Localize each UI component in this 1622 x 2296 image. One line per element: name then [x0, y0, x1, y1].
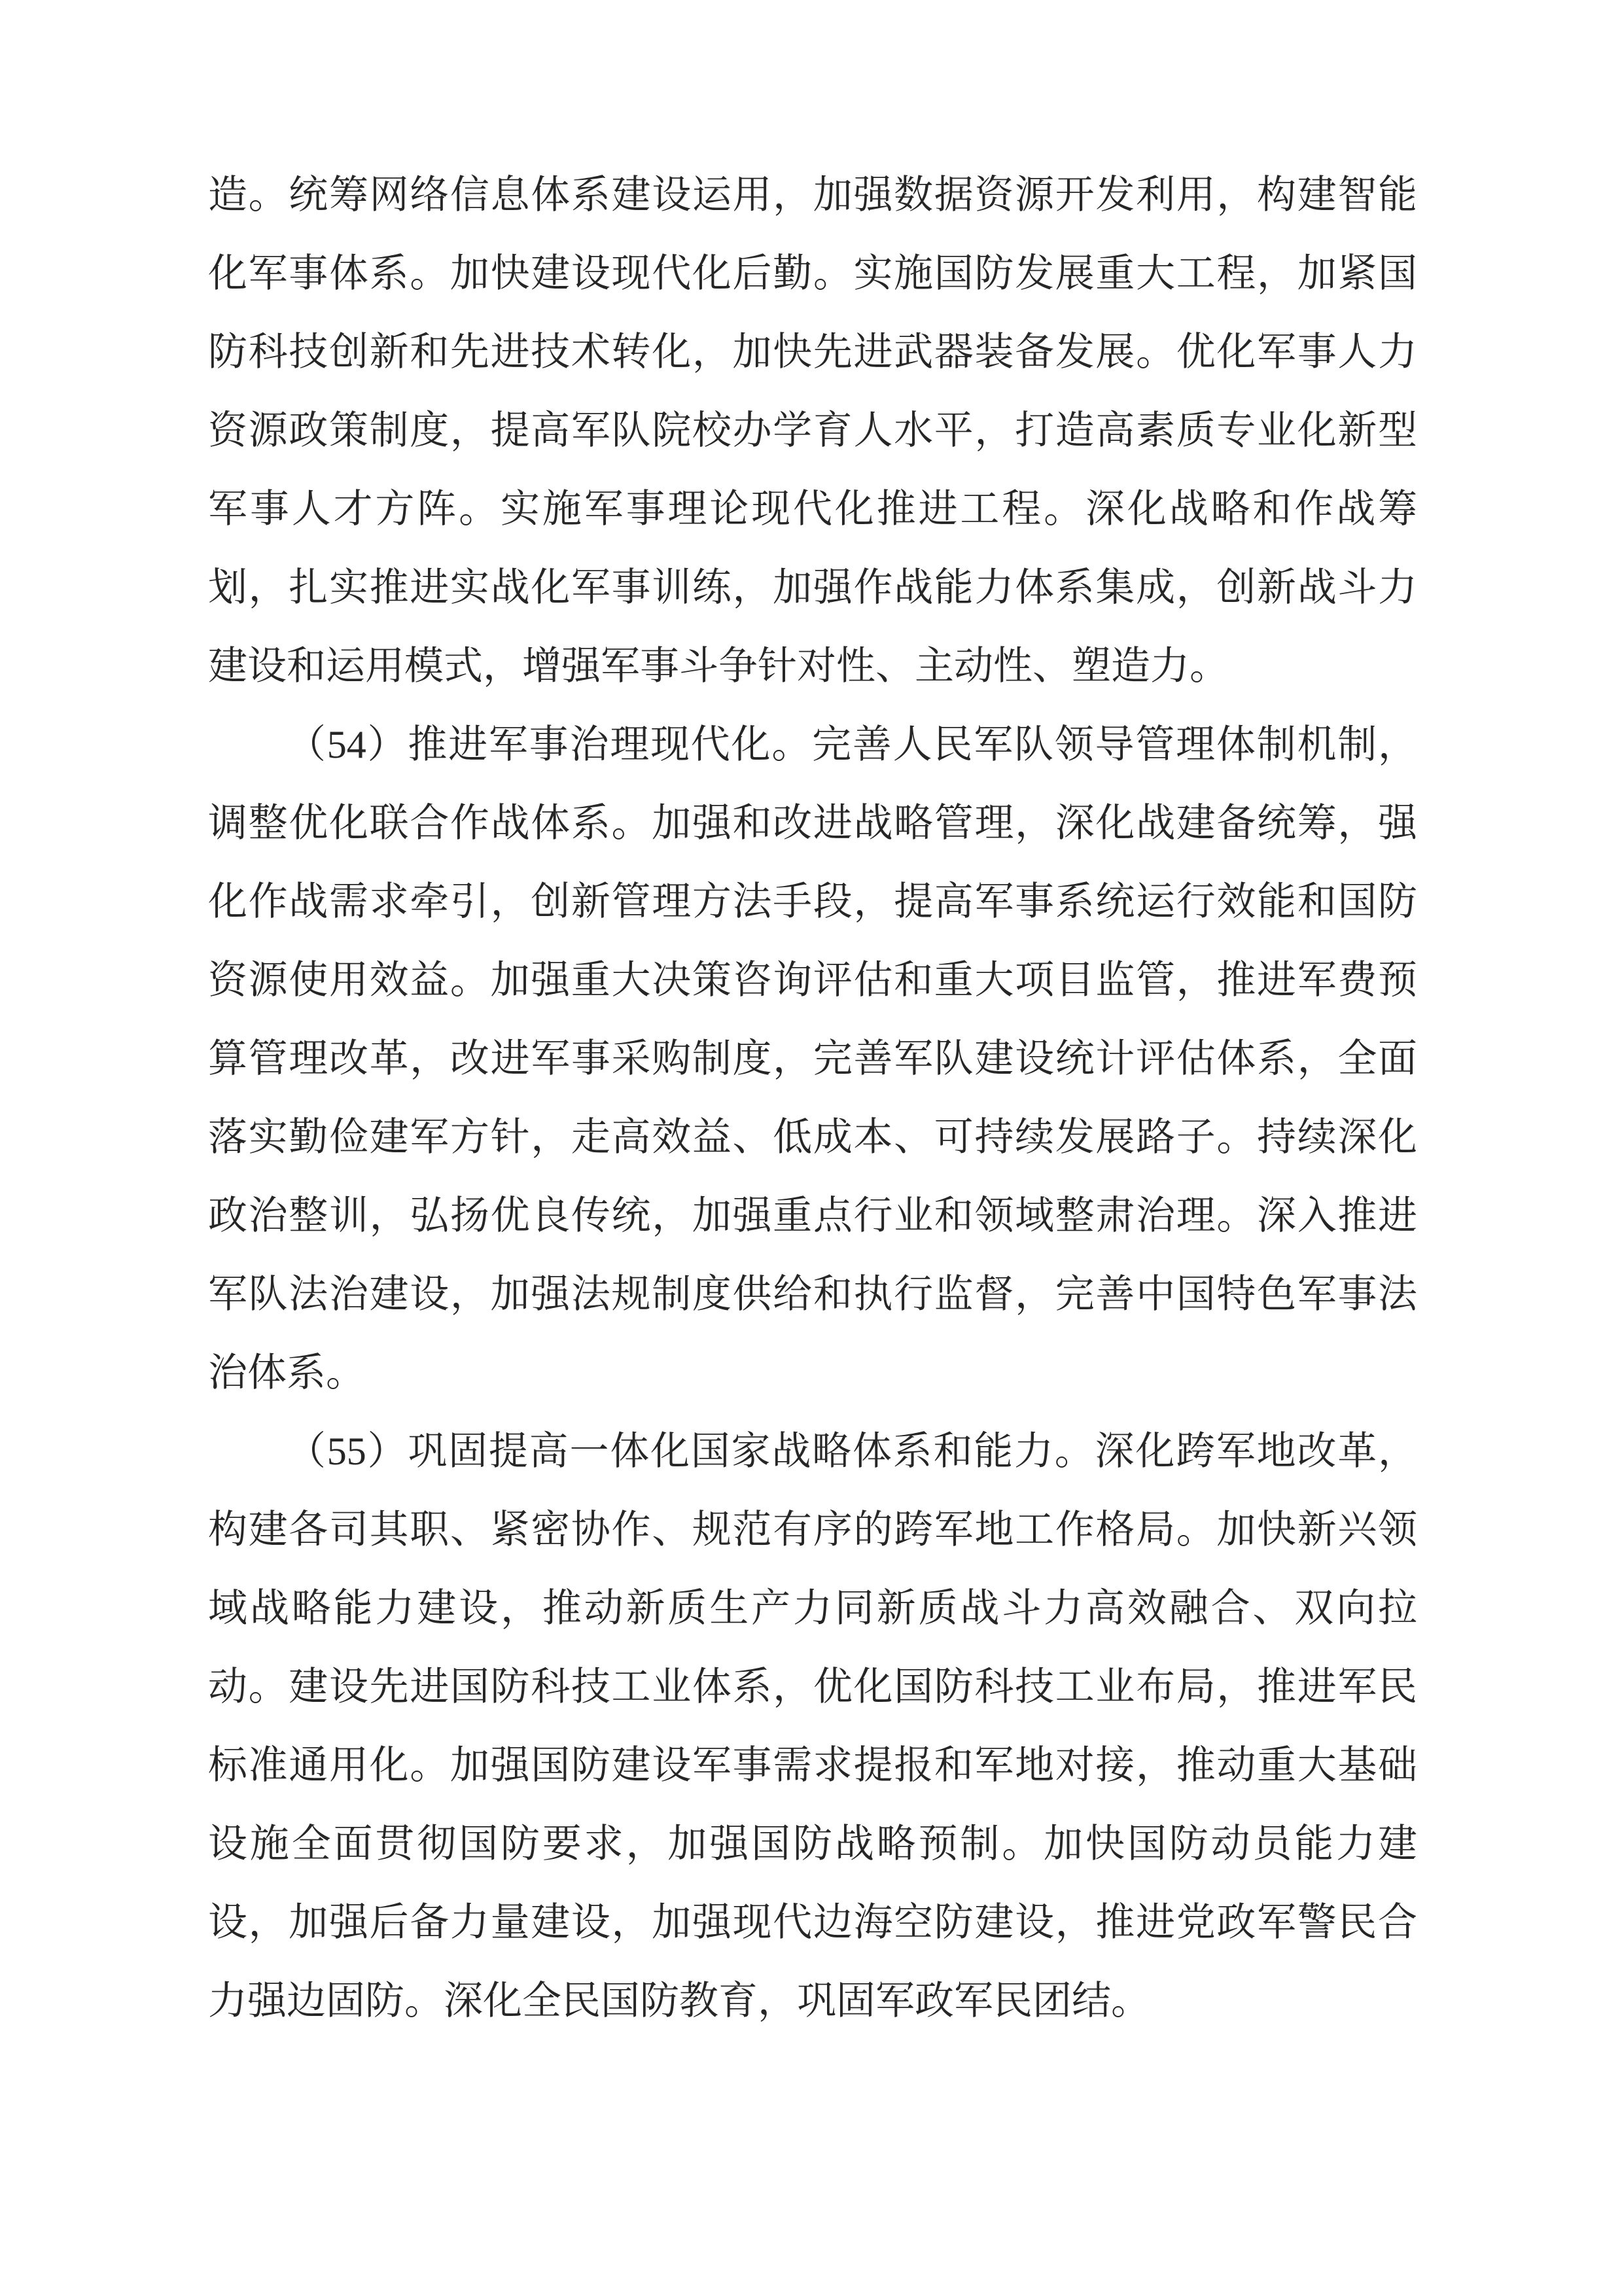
text-line: 标准通用化。加强国防建设军事需求提报和军地对接，推动重大基础: [208, 1726, 1417, 1805]
text-line: （54）推进军事治理现代化。完善人民军队领导管理体制机制，: [208, 705, 1417, 784]
text-line: 调整优化联合作战体系。加强和改进战略管理，深化战建备统筹，强: [208, 784, 1417, 862]
text-line: 政治整训，弘扬优良传统，加强重点行业和领域整肃治理。深入推进: [208, 1176, 1417, 1255]
text-line: 军事人才方阵。实施军事理论现代化推进工程。深化战略和作战筹: [208, 470, 1417, 548]
text-line: 划，扎实推进实战化军事训练，加强作战能力体系集成，创新战斗力: [208, 548, 1417, 627]
text-line: 化作战需求牵引，创新管理方法手段，提高军事系统运行效能和国防: [208, 862, 1417, 941]
text-line: 设施全面贯彻国防要求，加强国防战略预制。加快国防动员能力建: [208, 1805, 1417, 1883]
text-line: 域战略能力建设，推动新质生产力同新质战斗力高效融合、双向拉: [208, 1569, 1417, 1648]
text-line: 动。建设先进国防科技工业体系，优化国防科技工业布局，推进军民: [208, 1648, 1417, 1726]
text-line: 军队法治建设，加强法规制度供给和执行监督，完善中国特色军事法: [208, 1255, 1417, 1333]
page-text: 造。统筹网络信息体系建设运用，加强数据资源开发利用，构建智能化军事体系。加快建设…: [208, 156, 1417, 2040]
text-line: 资源政策制度，提高军队院校办学育人水平，打造高素质专业化新型: [208, 391, 1417, 470]
text-line: 治体系。: [208, 1333, 1417, 1412]
text-line: 构建各司其职、紧密协作、规范有序的跨军地工作格局。加快新兴领: [208, 1491, 1417, 1569]
text-line: 落实勤俭建军方针，走高效益、低成本、可持续发展路子。持续深化: [208, 1098, 1417, 1176]
text-line: 资源使用效益。加强重大决策咨询评估和重大项目监管，推进军费预: [208, 941, 1417, 1019]
text-line: 造。统筹网络信息体系建设运用，加强数据资源开发利用，构建智能: [208, 156, 1417, 234]
text-line: 化军事体系。加快建设现代化后勤。实施国防发展重大工程，加紧国: [208, 234, 1417, 313]
text-line: （55）巩固提高一体化国家战略体系和能力。深化跨军地改革，: [208, 1412, 1417, 1491]
text-line: 建设和运用模式，增强军事斗争针对性、主动性、塑造力。: [208, 627, 1417, 705]
text-line: 防科技创新和先进技术转化，加快先进武器装备发展。优化军事人力: [208, 313, 1417, 391]
text-line: 设，加强后备力量建设，加强现代边海空防建设，推进党政军警民合: [208, 1883, 1417, 1962]
text-line: 力强边固防。深化全民国防教育，巩固军政军民团结。: [208, 1962, 1417, 2040]
text-line: 算管理改革，改进军事采购制度，完善军队建设统计评估体系，全面: [208, 1019, 1417, 1098]
document-page: 造。统筹网络信息体系建设运用，加强数据资源开发利用，构建智能化军事体系。加快建设…: [0, 0, 1622, 2296]
